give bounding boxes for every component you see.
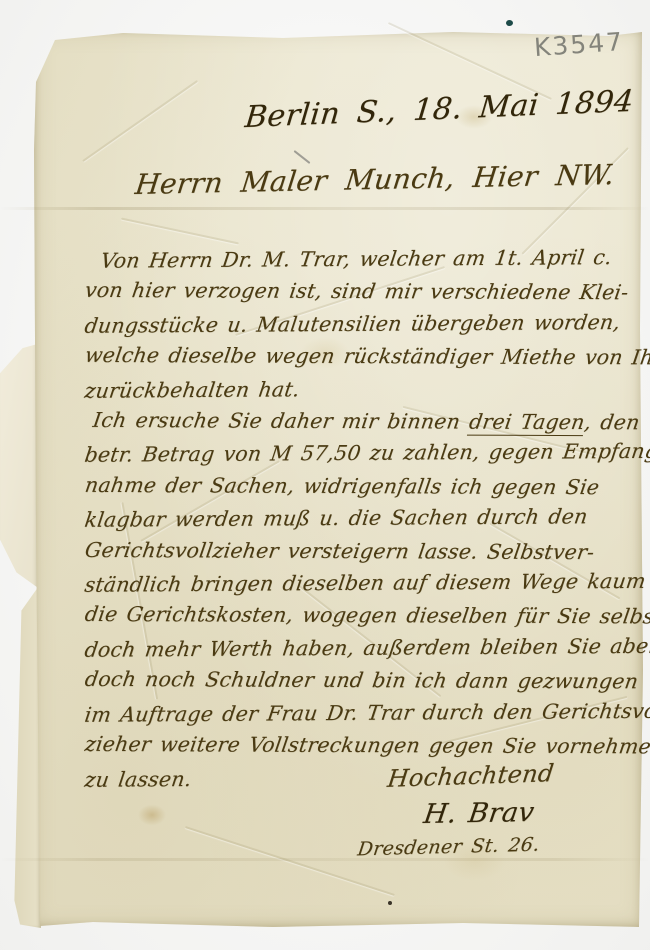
- ink-speck: [506, 20, 513, 26]
- body-line: von hier verzogen ist, sind mir verschie…: [83, 274, 597, 309]
- body-line-prefix: Ich ersuche Sie daher mir binnen: [91, 408, 471, 434]
- body-line: betr. Betrag von M 57,50 zu zahlen, gege…: [83, 436, 598, 472]
- body-line: nahme der Sachen, widrigenfalls ich gege…: [83, 469, 597, 504]
- body-line: die Gerichtskosten, wogegen dieselben fü…: [83, 598, 597, 633]
- body-line: Gerichtsvollzieher versteigern lasse. Se…: [83, 534, 597, 569]
- body-line: doch mehr Werth haben, außerdem bleiben …: [83, 630, 598, 666]
- body-line: Von Herrn Dr. M. Trar, welcher am 1t. Ap…: [83, 241, 598, 277]
- body-line: dungsstücke u. Malutensilien übergeben w…: [83, 306, 598, 342]
- body-line-suffix: , den: [583, 410, 641, 434]
- signature: H. Brav: [422, 797, 537, 830]
- ink-speck: [388, 901, 392, 905]
- paper-fold-flap: [0, 338, 41, 590]
- body-line: zurückbehalten hat.: [83, 371, 598, 407]
- paper-fold-edge: [13, 583, 41, 928]
- body-line: zieher weitere Vollstreckungen gegen Sie…: [83, 728, 597, 763]
- body-line: ständlich bringen dieselben auf diesem W…: [83, 565, 598, 601]
- stain: [132, 800, 172, 830]
- body-line: welche dieselbe wegen rückständiger Miet…: [83, 339, 597, 374]
- underlined-phrase: drei Tagen: [467, 410, 586, 437]
- body-line: klagbar werden muß u. die Sachen durch d…: [83, 500, 598, 536]
- horizontal-fold-line: [0, 858, 650, 861]
- letter-body: Von Herrn Dr. M. Trar, welcher am 1t. Ap…: [85, 243, 595, 794]
- horizontal-fold-line: [0, 207, 650, 210]
- body-line: im Auftrage der Frau Dr. Trar durch den …: [83, 695, 598, 731]
- closing: Hochachtend: [386, 759, 556, 793]
- body-line: doch noch Schuldner und bin ich dann gez…: [83, 663, 597, 698]
- photo-background: K3547 Berlin S., 18. Mai 1894 Herrn Male…: [0, 0, 650, 950]
- body-line: Ich ersuche Sie daher mir binnen drei Ta…: [83, 404, 597, 439]
